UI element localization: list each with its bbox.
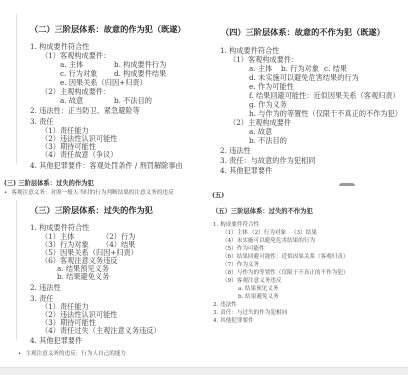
list-item: （9）客观注意义务违反 bbox=[222, 278, 282, 285]
bottom-bar bbox=[0, 367, 408, 375]
list-item: a. 故意 bbox=[60, 96, 83, 105]
note-heading: (三) 三阶层体系：过失的作为犯 bbox=[4, 180, 94, 187]
note-bullet-objective-duty: 客观注意义务：对照一般人当时的行为判断结果的注意义务的违反 bbox=[4, 190, 174, 197]
left-quote-border bbox=[16, 14, 17, 164]
list-item: h. 与作为的等置性（仅限于不真正的不作为犯） bbox=[249, 109, 404, 118]
list-item: （8）与作为的等置性（仅限于不真正的不作为犯） bbox=[222, 270, 349, 277]
left-quote-border-2 bbox=[16, 200, 17, 340]
list-item: b. 结果避免义务 bbox=[57, 272, 109, 281]
list-item: 4. 其他犯罪要件：客观处罚条件 / 刑罚解除事由 bbox=[30, 161, 183, 170]
list-item: （1）客观构成要件： bbox=[229, 55, 298, 64]
list-item: （1）客观构成要件： bbox=[41, 51, 110, 60]
list-item: c. 行为对象 bbox=[60, 69, 97, 78]
list-item: b. 不法目的 bbox=[249, 136, 287, 145]
list-item: （2）主观构成要件 bbox=[229, 118, 291, 127]
list-item: d. 未实施可以避免危害结果的行为 bbox=[249, 73, 359, 82]
list-item: （5）作为可能性 bbox=[222, 246, 265, 253]
drag-handle[interactable] bbox=[339, 183, 355, 186]
list-item: 4. 其他犯罪要件 bbox=[30, 336, 82, 345]
list-item: c. 结果 bbox=[324, 64, 347, 73]
list-item: （7）作为义务 bbox=[222, 262, 259, 269]
list-item: 3. 责任 bbox=[30, 117, 54, 126]
list-item: b. 构成要件行为 bbox=[114, 60, 166, 69]
list-item: 1. 构成要件符合性 bbox=[220, 46, 279, 55]
section-title: （二）三阶层体系：故意的作为犯（既遂） bbox=[30, 24, 186, 35]
list-item: 2. 违法性 bbox=[220, 146, 251, 155]
list-item: （4）责任故意（争议） bbox=[41, 150, 117, 159]
list-item: （2）主观构成要件： bbox=[41, 87, 110, 96]
list-item: e. 作为可能性 bbox=[249, 82, 294, 91]
list-item: 3. 责任：与故意的作为犯相同 bbox=[220, 156, 315, 165]
list-item: 4. 其他犯罪要件 bbox=[220, 166, 272, 175]
list-item: d. 构成要件结果 bbox=[114, 69, 166, 78]
list-item: 2. 违法性 bbox=[213, 302, 237, 309]
list-item: b. 结果避免义务 bbox=[238, 294, 279, 301]
list-item: a. 结果预见义务 bbox=[238, 286, 278, 293]
section-title: （五）三阶层体系：过失的不作为犯 bbox=[212, 206, 313, 215]
list-item: a. 故意 bbox=[249, 127, 272, 136]
note-bullet-subjective-duty: 主观注意义务的违反：行为人自己的能力 bbox=[18, 351, 126, 358]
list-item: 1. 构成要件符合性 bbox=[30, 223, 89, 232]
list-item: e. 因果关系（归因+归责） bbox=[60, 78, 147, 87]
list-item: （4）未实施可以避免危害结果的行为 bbox=[222, 238, 315, 245]
list-item: b. 不法目的 bbox=[114, 96, 152, 105]
list-item: a. 主体 bbox=[249, 64, 272, 73]
list-item: （4）责任过失（主观注意义务违反） bbox=[41, 326, 161, 335]
section-title: （四）三阶层体系：故意的不作为犯（既遂） bbox=[221, 27, 385, 38]
list-item: （6）结果回避可能性：近似因果关系（客观归责） bbox=[222, 254, 349, 261]
list-item: 1. 构成要件符合性 bbox=[30, 42, 89, 51]
list-item: 2. 违法性：正当防卫、紧急避险等 bbox=[30, 106, 140, 115]
section-label: (五) bbox=[212, 192, 224, 199]
list-item: （1）主体 bbox=[222, 230, 248, 237]
list-item: g. 作为义务 bbox=[249, 100, 287, 109]
list-item: b. 行为对象 bbox=[281, 64, 319, 73]
list-item: a. 主体 bbox=[60, 60, 83, 69]
list-item: 3. 责任：与过失的作为犯相同 bbox=[213, 310, 287, 317]
list-item: （3）结果 bbox=[291, 230, 317, 237]
list-item: 4. 其他犯罪要件 bbox=[213, 318, 254, 325]
list-item: 2. 违法性 bbox=[30, 283, 61, 292]
list-item: 1. 构成要件符合性 bbox=[213, 222, 259, 229]
list-item: f. 结果回避可能性：近似因果关系（客观归责） bbox=[249, 91, 404, 100]
list-item: （2）行为对象 bbox=[249, 230, 286, 237]
section-title: （三）三阶层体系：过失的作为犯 bbox=[30, 205, 153, 216]
